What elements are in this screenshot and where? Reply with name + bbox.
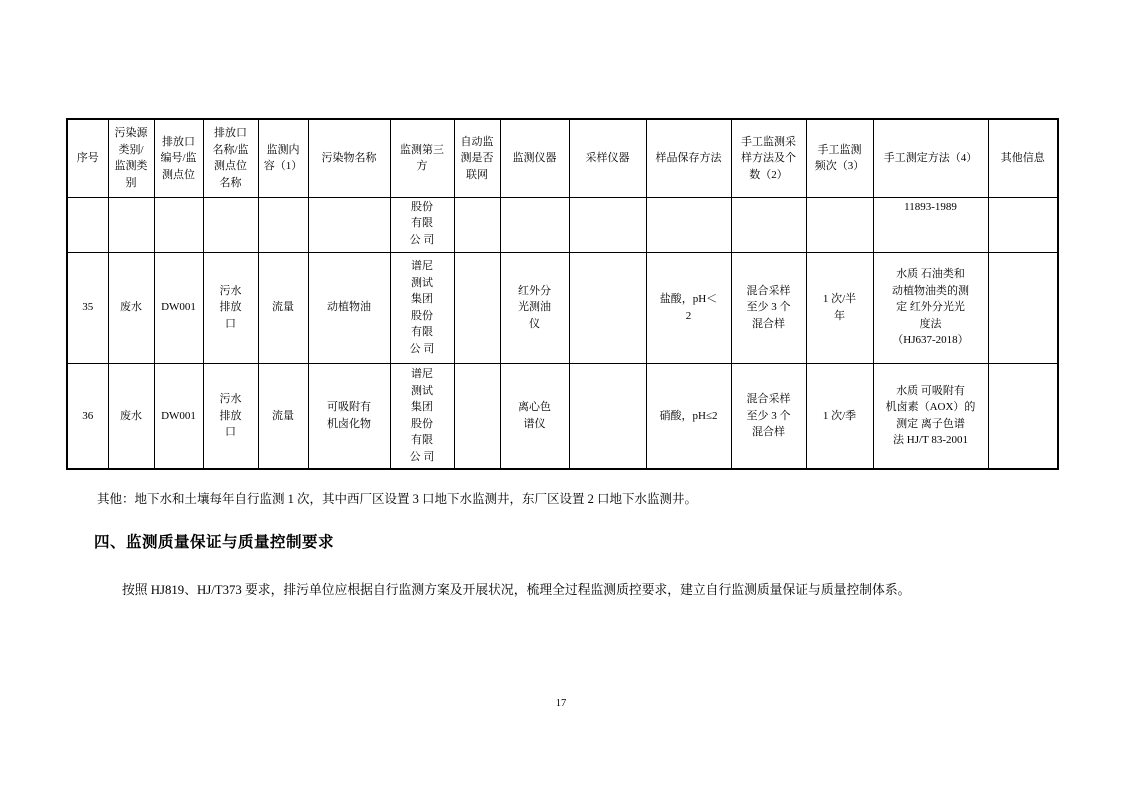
table-cell: 水质 石油类和 动植物油类的测 定 红外分光光 度法 （HJ637-2018）	[873, 252, 988, 363]
table-cell	[646, 197, 731, 252]
table-cell: 废水	[108, 363, 154, 469]
table-cell	[308, 197, 390, 252]
table-cell	[988, 197, 1058, 252]
table-header-cell: 样品保存方法	[646, 119, 731, 197]
table-cell: 离心色 谱仪	[500, 363, 569, 469]
table-cell	[154, 197, 203, 252]
table-cell: 混合采样 至少 3 个 混合样	[731, 363, 806, 469]
other-monitoring-note: 其他：地下水和土壤每年自行监测 1 次，其中西厂区设置 3 口地下水监测井，东厂…	[97, 490, 1037, 509]
table-cell: 水质 可吸附有 机卤素（AOX）的 测定 离子色谱 法 HJ/T 83-2001	[873, 363, 988, 469]
table-row: 股份 有限 公 司11893-1989	[67, 197, 1058, 252]
table-header-cell: 监测内 容（1）	[258, 119, 308, 197]
table-cell	[454, 197, 500, 252]
page-number: 17	[0, 698, 1122, 709]
table-cell: 1 次/季	[806, 363, 873, 469]
table-header-row: 序号污染源 类别/ 监测类 别排放口 编号/监 测点位排放口 名称/监 测点位 …	[67, 119, 1058, 197]
table-cell	[258, 197, 308, 252]
table-cell	[569, 363, 646, 469]
table-cell	[454, 252, 500, 363]
table-cell: 盐酸，pH＜ 2	[646, 252, 731, 363]
table-header-cell: 监测第三 方	[390, 119, 454, 197]
table-header-cell: 序号	[67, 119, 108, 197]
table-cell: 动植物油	[308, 252, 390, 363]
table-cell: 股份 有限 公 司	[390, 197, 454, 252]
table-cell	[67, 197, 108, 252]
table-cell: 36	[67, 363, 108, 469]
table-cell: 污水 排放 口	[203, 363, 258, 469]
table-header-cell: 自动监 测是否 联网	[454, 119, 500, 197]
table-header-cell: 排放口 名称/监 测点位 名称	[203, 119, 258, 197]
table-cell: 谱尼 测试 集团 股份 有限 公 司	[390, 363, 454, 469]
table-header-cell: 排放口 编号/监 测点位	[154, 119, 203, 197]
table-cell	[569, 252, 646, 363]
table-cell	[806, 197, 873, 252]
table-row: 35废水DW001污水 排放 口流量动植物油谱尼 测试 集团 股份 有限 公 司…	[67, 252, 1058, 363]
table-cell: 红外分 光测油 仪	[500, 252, 569, 363]
table-header-cell: 其他信息	[988, 119, 1058, 197]
table-header-cell: 手工监测 频次（3）	[806, 119, 873, 197]
table-cell: 混合采样 至少 3 个 混合样	[731, 252, 806, 363]
table-header-cell: 手工测定方法（4）	[873, 119, 988, 197]
table-header-cell: 手工监测采 样方法及个 数（2）	[731, 119, 806, 197]
table-cell	[500, 197, 569, 252]
table-cell	[569, 197, 646, 252]
section-heading: 四、监测质量保证与质量控制要求	[94, 530, 334, 552]
document-page: 序号污染源 类别/ 监测类 别排放口 编号/监 测点位排放口 名称/监 测点位 …	[0, 0, 1122, 793]
table-cell: 谱尼 测试 集团 股份 有限 公 司	[390, 252, 454, 363]
table-cell: DW001	[154, 363, 203, 469]
table-cell: DW001	[154, 252, 203, 363]
table-cell	[454, 363, 500, 469]
table-cell: 11893-1989	[873, 197, 988, 252]
table-header-cell: 监测仪器	[500, 119, 569, 197]
table-cell: 废水	[108, 252, 154, 363]
table-cell	[731, 197, 806, 252]
table-cell	[988, 363, 1058, 469]
table-cell: 35	[67, 252, 108, 363]
table-cell: 流量	[258, 363, 308, 469]
table-cell: 可吸附有 机卤化物	[308, 363, 390, 469]
section-paragraph: 按照 HJ819、HJ/T373 要求，排污单位应根据自行监测方案及开展状况，梳…	[94, 575, 1030, 606]
table-cell: 硝酸，pH≤2	[646, 363, 731, 469]
table-cell	[108, 197, 154, 252]
table-cell: 流量	[258, 252, 308, 363]
table-cell	[203, 197, 258, 252]
table-cell: 污水 排放 口	[203, 252, 258, 363]
table-header-cell: 污染源 类别/ 监测类 别	[108, 119, 154, 197]
table-header-cell: 污染物名称	[308, 119, 390, 197]
monitoring-table: 序号污染源 类别/ 监测类 别排放口 编号/监 测点位排放口 名称/监 测点位 …	[66, 118, 1059, 470]
table-cell: 1 次/半 年	[806, 252, 873, 363]
table-header-cell: 采样仪器	[569, 119, 646, 197]
table-cell	[988, 252, 1058, 363]
table-row: 36废水DW001污水 排放 口流量可吸附有 机卤化物谱尼 测试 集团 股份 有…	[67, 363, 1058, 469]
